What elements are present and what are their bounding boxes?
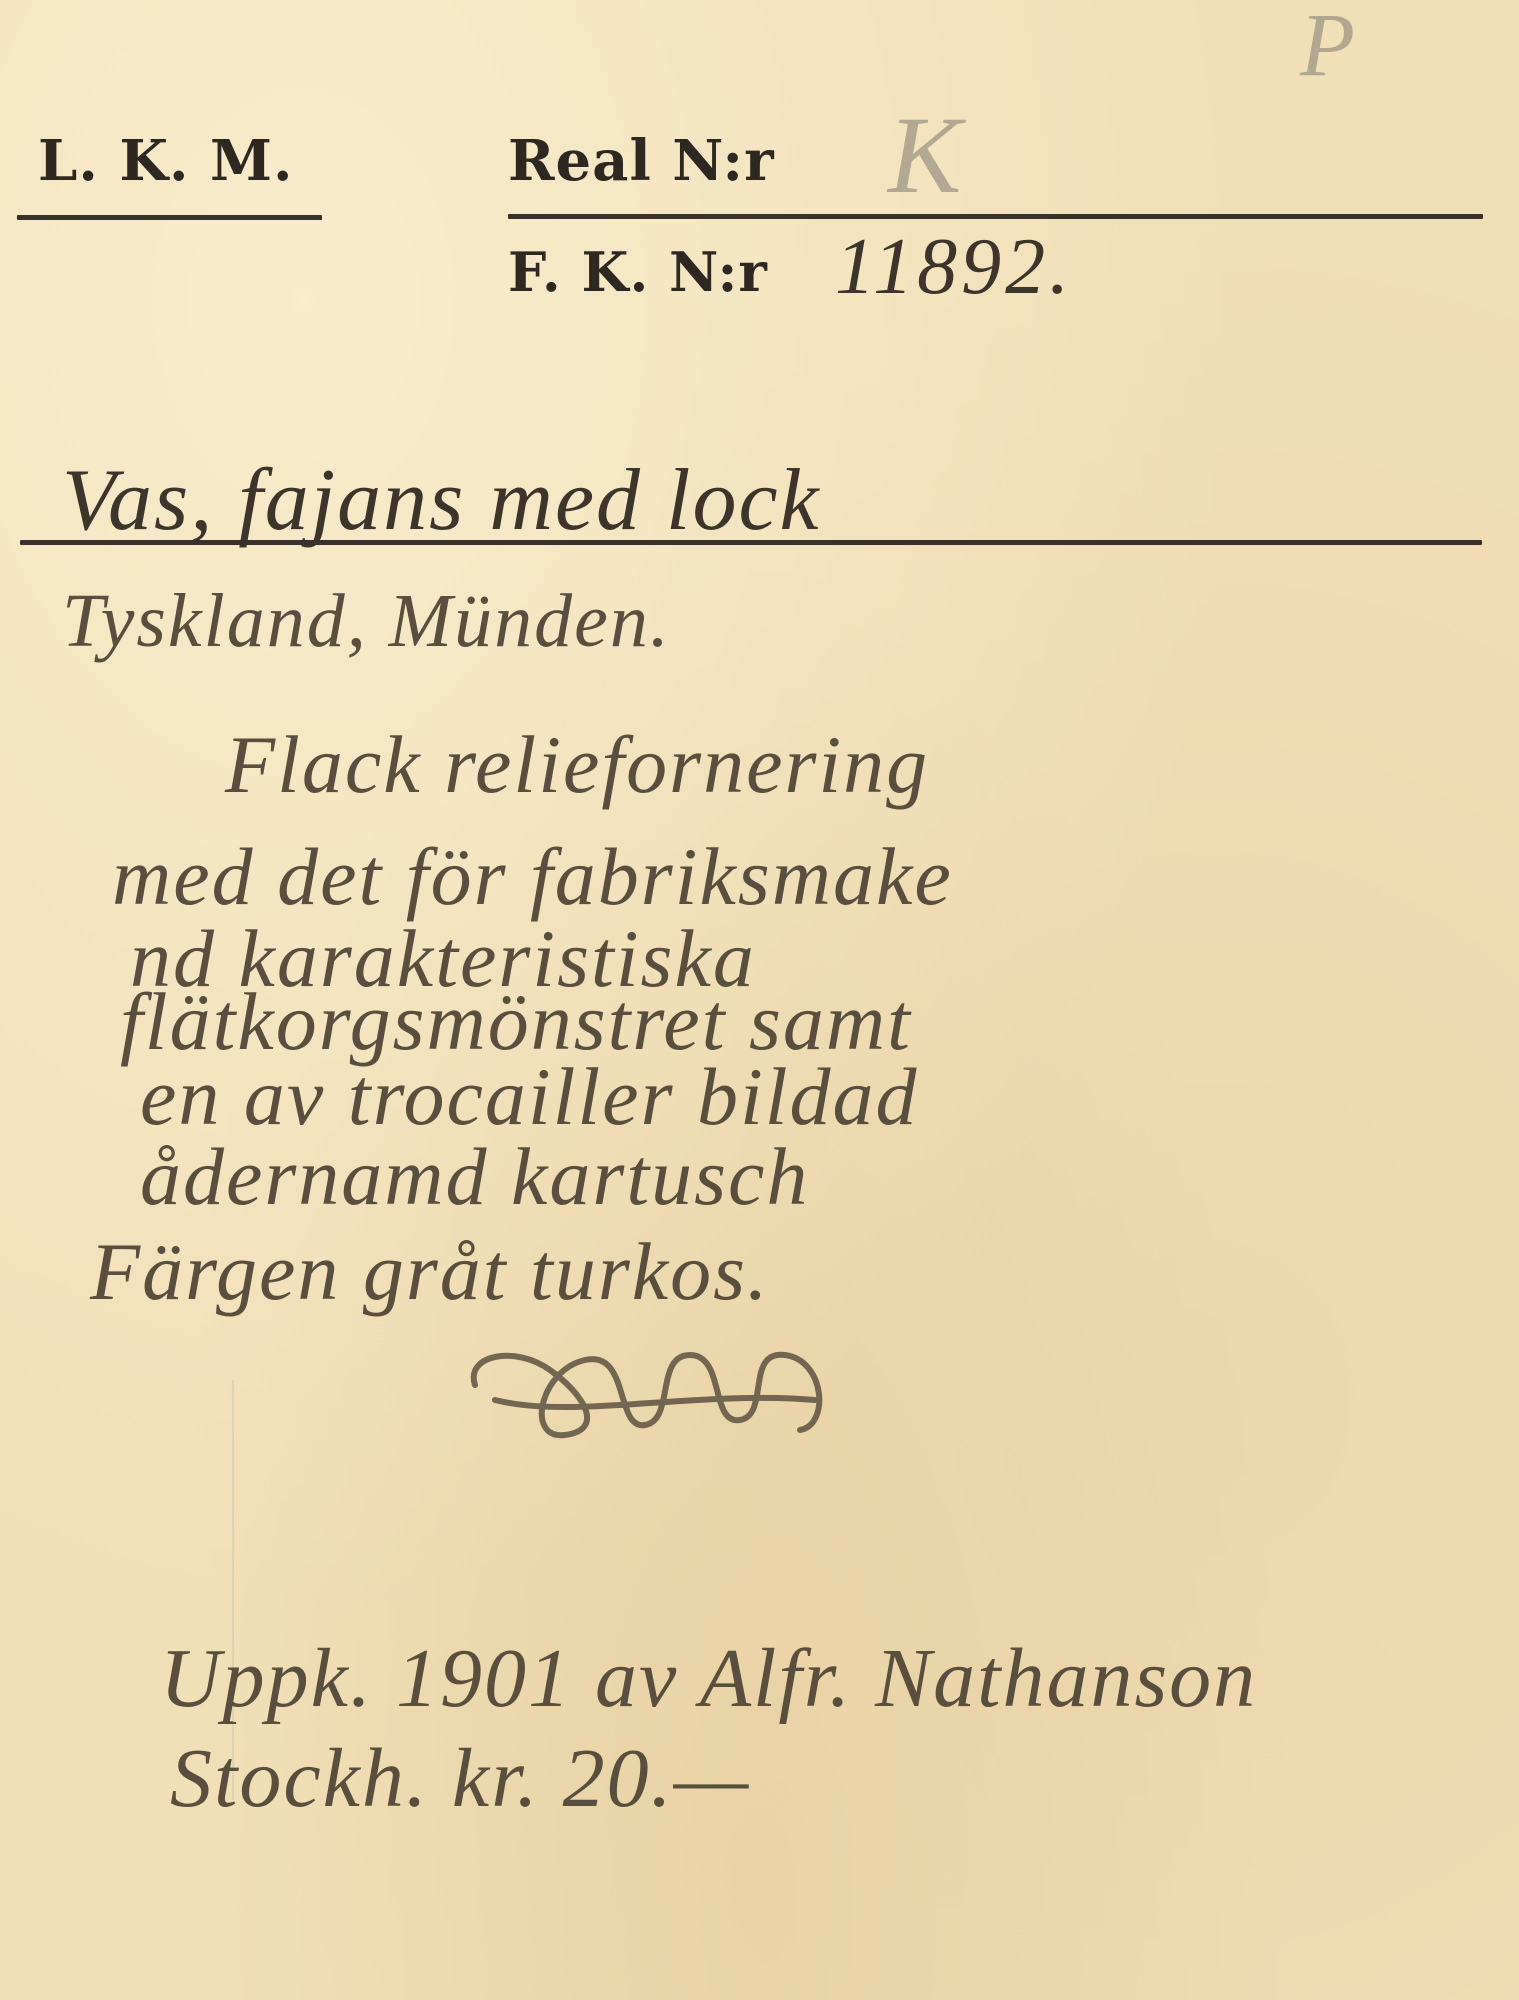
real-nr-label: Real N:r [508,128,775,194]
real-nr-rule [508,214,1483,219]
institution-rule [17,215,322,220]
fk-nr-label: F. K. N:r [508,240,768,304]
corner-pencil-mark: P [1300,0,1355,97]
acquisition-line-2: Stockh. kr. 20.— [170,1730,750,1827]
description-line-6: ådernamd kartusch [140,1130,809,1224]
description-line-7: Färgen gråt turkos. [90,1225,770,1319]
description-line-1: Flack reliefornering [225,718,929,812]
catalogue-card: P L. K. M. Real N:r K F. K. N:r 11892. V… [0,0,1519,2000]
object-title: Vas, fajans med lock [62,450,821,551]
institution-label: L. K. M. [38,128,294,194]
acquisition-line-1: Uppk. 1901 av Alfr. Nathanson [160,1630,1257,1727]
closing-flourish-icon [455,1330,855,1450]
object-origin: Tyskland, Münden. [62,578,671,665]
description-line-2: med det för fabriksmake [112,830,953,924]
fk-nr-value: 11892. [835,222,1073,313]
title-rule [20,540,1482,545]
real-nr-value: K [888,92,961,219]
